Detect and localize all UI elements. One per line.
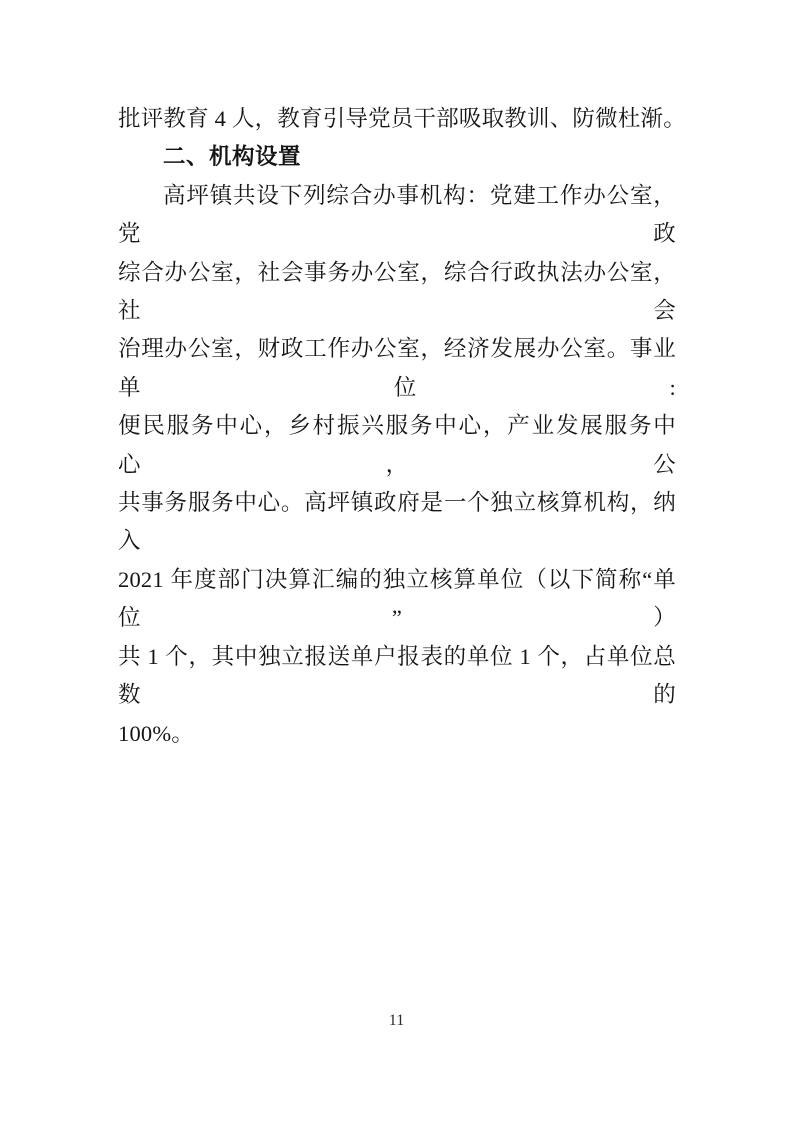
document-text-block: 批评教育 4 人，教育引导党员干部吸取教训、防微杜渐。 二、机构设置 高坪镇共设…: [118, 100, 676, 753]
section-heading: 二、机构设置: [118, 138, 676, 176]
paragraph-line: 综合办公室，社会事务办公室，综合行政执法办公室，社会: [118, 254, 676, 331]
paragraph-line: 便民服务中心，乡村振兴服务中心，产业发展服务中心，公: [118, 407, 676, 484]
paragraph-line: 批评教育 4 人，教育引导党员干部吸取教训、防微杜渐。: [118, 100, 676, 138]
paragraph-line: 治理办公室，财政工作办公室，经济发展办公室。事业单位:: [118, 330, 676, 407]
paragraph-line: 高坪镇共设下列综合办事机构：党建工作办公室，党政: [118, 177, 676, 254]
paragraph-line: 2021 年度部门决算汇编的独立核算单位（以下简称“单位”）: [118, 561, 676, 638]
page-number: 11: [0, 1012, 793, 1030]
paragraph-line: 100%。: [118, 715, 676, 753]
paragraph-line: 共 1 个，其中独立报送单户报表的单位 1 个，占单位总数的: [118, 638, 676, 715]
document-page: 批评教育 4 人，教育引导党员干部吸取教训、防微杜渐。 二、机构设置 高坪镇共设…: [0, 0, 793, 1122]
paragraph-line: 共事务服务中心。高坪镇政府是一个独立核算机构，纳入: [118, 484, 676, 561]
